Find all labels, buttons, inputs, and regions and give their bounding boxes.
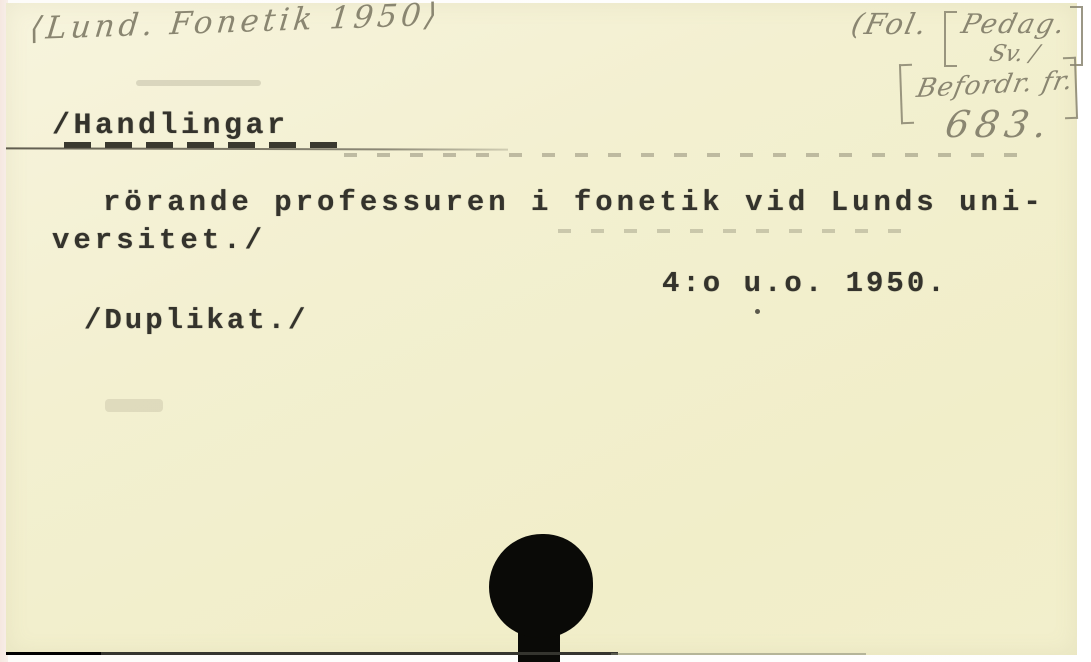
handwritten-subject-note: ⟨Lund. Fonetik 1950⟩ <box>28 0 443 47</box>
hole-punch-icon <box>489 534 593 638</box>
stray-ink-dot <box>755 309 760 314</box>
faint-dashed-rule <box>344 153 1022 157</box>
right-bracket-icon <box>1063 57 1078 119</box>
handwritten-category-class: Befordr. fr. <box>914 66 1076 104</box>
faint-dashed-marks <box>558 229 910 233</box>
handwritten-country-class: Sv. / <box>987 41 1042 67</box>
format-imprint-line: 4:o u.o. 1950. <box>662 267 948 300</box>
left-bracket-icon <box>944 11 957 67</box>
pen-underline <box>6 147 508 150</box>
catalog-card: ⟨Lund. Fonetik 1950⟩ (Fol. Pedag. Sv. / … <box>6 3 1077 655</box>
card-bottom-edge-shadow <box>6 652 618 655</box>
handwritten-folio-note: (Fol. <box>848 7 931 41</box>
card-body-line-2: versitet./ <box>52 224 266 257</box>
erasure-smudge <box>136 80 261 86</box>
left-bracket-icon <box>899 64 914 124</box>
card-body-line-1: rörande professuren i fonetik vid Lunds … <box>103 186 1045 219</box>
handwritten-shelf-number: 683. <box>942 103 1056 146</box>
duplicate-note: /Duplikat./ <box>84 304 308 337</box>
card-bottom-edge-faint <box>611 653 866 655</box>
card-heading-title: /Handlingar <box>52 109 289 143</box>
pencil-smudge <box>105 399 163 412</box>
handwritten-subject-class: Pedag. <box>958 9 1070 40</box>
scanned-catalog-card-image: ⟨Lund. Fonetik 1950⟩ (Fol. Pedag. Sv. / … <box>0 0 1091 662</box>
